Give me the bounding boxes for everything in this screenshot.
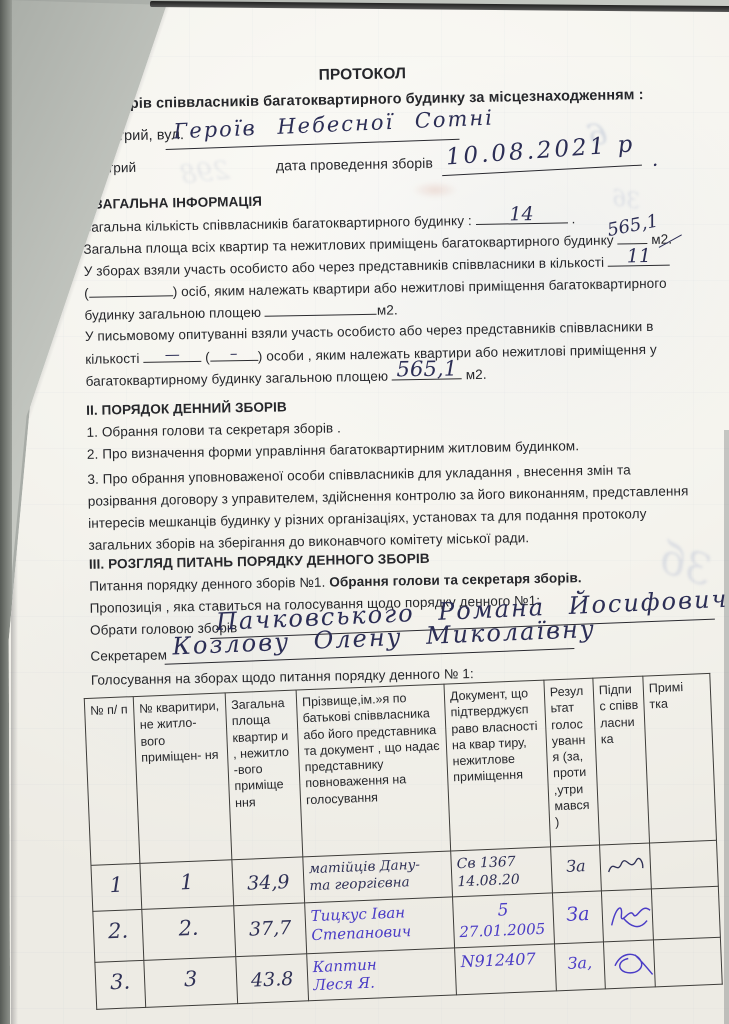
- apartment-number: 1: [146, 864, 228, 894]
- apartment-number: 3: [149, 961, 231, 991]
- secretary-label: Секретарем: [90, 647, 167, 663]
- scanned-document: 6 З6 Зб 298 ПРОТОКОЛ зборів співвласникі…: [0, 0, 729, 1024]
- section1-line8: багатоквартирному будинку загальною площ…: [86, 366, 487, 389]
- section1-line7: кількості — (–) особи , яким належать кв…: [85, 341, 657, 367]
- written-area-handwritten: 565,1: [396, 356, 457, 381]
- col-header-name: Прізвище,ім.»я по батькові співвласника …: [296, 684, 451, 857]
- dash-handwritten: –: [230, 344, 238, 362]
- line8-text: багатоквартирному будинку загальною площ…: [86, 369, 389, 389]
- line1-text: Загальна кількість співвласників багаток…: [83, 213, 472, 235]
- section2-heading: ІІ. ПОРЯДОК ДЕННИЙ ЗБОРІВ: [86, 399, 287, 417]
- date-period: .: [652, 147, 659, 171]
- signature-scribble: [607, 897, 652, 933]
- line1-period: .: [571, 211, 575, 226]
- section1-line6: У письмовому опитуванні взяли участь осо…: [85, 319, 654, 344]
- apartment-area: 43.8: [241, 958, 302, 993]
- agenda-item-1: 1. Обрання голови та секретаря зборів .: [86, 420, 341, 439]
- line2-text: Загальна площа всіх квартир та нежитлови…: [83, 233, 614, 257]
- line4-text: ) осіб, яким належать квартири або нежит…: [173, 276, 667, 300]
- apartment-area: 37,7: [239, 908, 300, 943]
- section1-line4: () осіб, яким належать квартири або нежи…: [84, 275, 667, 301]
- line5-blank: [265, 302, 377, 317]
- signature-scribble: [605, 852, 646, 880]
- ownership-document: N912407: [460, 948, 550, 972]
- ownership-document-date: 27.01.2005: [459, 920, 549, 943]
- apartment-area: 34,9: [238, 862, 299, 897]
- col-header-document: Документ, що підтверджуєп раво власності…: [444, 680, 551, 851]
- voting-table: № п/ п № кваритири, не житло- вого примі…: [84, 673, 723, 1010]
- section1-line1: Загальна кількість співвласників багаток…: [83, 210, 576, 235]
- line5-unit: м2.: [377, 302, 398, 317]
- col-header-note: Примі тка: [643, 673, 717, 843]
- table-header-row: № п/ п № кваритири, не житло- вого примі…: [84, 673, 716, 865]
- line3-text: У зборах взяли участь особисто або через…: [84, 255, 605, 279]
- question1-line: Питання порядку денного зборів №1. Обран…: [89, 570, 582, 594]
- section1-line3: У зборах взяли участь особисто або через…: [84, 253, 671, 279]
- col-header-area: Загальна площа квартир и , нежитло -вого…: [225, 690, 303, 860]
- line8-blank: 565,1: [392, 366, 462, 380]
- question1-title: Обрання голови та секретаря зборів.: [329, 570, 582, 589]
- line3-blank: 11: [608, 253, 670, 267]
- col-header-signature: Підпи с співв ласни ка: [593, 676, 650, 845]
- row-number: 2.: [98, 914, 137, 943]
- document-subtitle: зборів співвласників багатоквартирного б…: [105, 87, 644, 112]
- count-owners-handwritten: 14: [509, 203, 534, 225]
- col-header-apartment: № кваритири, не житло- вого приміщен- ня: [133, 693, 232, 864]
- line8-unit: м2.: [466, 367, 487, 382]
- line1-blank: 14: [476, 210, 568, 225]
- participants-count-handwritten: 11: [627, 245, 652, 267]
- agenda-item-3: 3. Про обрання уповноваженої особи співв…: [87, 458, 700, 557]
- voting-table-wrapper: № п/ п № кваритири, не житло- вого примі…: [84, 673, 723, 1010]
- col-header-result: Резул ьтат голос уванн я (за, проти ,утр…: [544, 678, 600, 847]
- row-number: 3.: [101, 965, 140, 994]
- line7-text-b: ) особи , яким належать квартири або неж…: [258, 342, 657, 364]
- dash-handwritten: —: [165, 345, 180, 363]
- ownership-document-date: 14.08.20: [457, 870, 547, 892]
- scanner-right-edge: [724, 430, 729, 1024]
- question1-label: Питання порядку денного зборів №1.: [89, 575, 325, 594]
- vote-result: За,: [560, 946, 599, 974]
- row-number: 1: [97, 868, 136, 897]
- line7-text-a: кількості: [85, 351, 139, 367]
- document-title: ПРОТОКОЛ: [97, 61, 627, 88]
- line7-blank1: —: [143, 349, 201, 363]
- apartment-number: 2.: [147, 910, 229, 940]
- line7-blank2: –: [210, 348, 258, 362]
- col-header-number: № п/ п: [84, 697, 140, 866]
- vote-result: За: [558, 896, 597, 928]
- date-handwritten: 10.08.2021 р: [445, 131, 636, 170]
- signature-scribble: [609, 948, 654, 980]
- date-label: дата проведення зборів: [276, 155, 433, 174]
- section1-line2: Загальна площа всіх квартир та нежитлови…: [83, 231, 672, 257]
- address-handwritten: Героїв Небесної Сотні: [173, 105, 495, 143]
- agenda-item-2: 2. Про визначення форми управління багат…: [87, 438, 579, 462]
- vote-result: За: [556, 850, 595, 878]
- line5-text: будинку загальною площею: [84, 305, 261, 323]
- section1-heading: І. ЗАГАЛЬНА ІНФОРМАЦІЯ: [82, 194, 262, 212]
- section1-line5: будинку загальною площею м2.: [84, 301, 398, 322]
- line4-blank: [89, 283, 173, 297]
